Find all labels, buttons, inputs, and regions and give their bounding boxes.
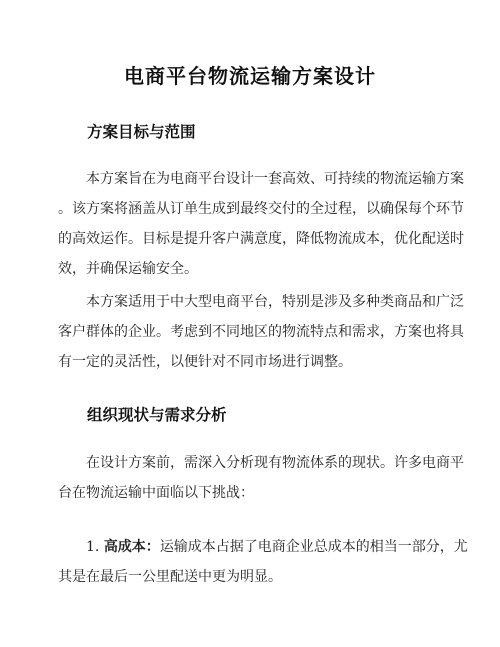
paragraph-goals-1: 本方案旨在为电商平台设计一套高效、可持续的物流运输方案 。该方案将涵盖从订单生成… [58, 164, 458, 284]
paragraph-line: 有一定的灵活性，以便针对不同市场进行调整。 [58, 347, 458, 377]
paragraph-line: 本方案旨在为电商平台设计一套高效、可持续的物流运输方案 [58, 164, 458, 194]
document-title: 电商平台物流运输方案设计 [0, 60, 500, 89]
paragraph-line: 。该方案将涵盖从订单生成到最终交付的全过程，以确保每个环节 [58, 194, 458, 224]
list-item-first-line: 1. 高成本：运输成本占据了电商企业总成本的相当一部分，尤 [58, 532, 458, 562]
list-text: 运输成本占据了电商企业总成本的相当一部分，尤 [160, 539, 468, 555]
paragraph-line: 在设计方案前，需深入分析现有物流体系的现状。许多电商平 [58, 448, 458, 478]
list-term: 高成本： [104, 539, 160, 555]
paragraph-line: 客户群体的企业。考虑到不同地区的物流特点和需求，方案也将具 [58, 317, 458, 347]
list-item-high-cost: 1. 高成本：运输成本占据了电商企业总成本的相当一部分，尤 其是在最后一公里配送… [58, 532, 458, 592]
section-heading-goals: 方案目标与范围 [87, 120, 196, 142]
paragraph-line: 的高效运作。目标是提升客户满意度，降低物流成本，优化配送时 [58, 224, 458, 254]
section-heading-analysis: 组织现状与需求分析 [87, 403, 227, 425]
paragraph-analysis-1: 在设计方案前，需深入分析现有物流体系的现状。许多电商平 台在物流运输中面临以下挑… [58, 448, 458, 508]
paragraph-goals-2: 本方案适用于中大型电商平台，特别是涉及多种类商品和广泛 客户群体的企业。考虑到不… [58, 287, 458, 377]
list-number: 1. [86, 539, 99, 555]
paragraph-line: 台在物流运输中面临以下挑战： [58, 478, 458, 508]
paragraph-line: 本方案适用于中大型电商平台，特别是涉及多种类商品和广泛 [58, 287, 458, 317]
paragraph-line: 效，并确保运输安全。 [58, 254, 458, 284]
list-item-second-line: 其是在最后一公里配送中更为明显。 [58, 562, 458, 592]
